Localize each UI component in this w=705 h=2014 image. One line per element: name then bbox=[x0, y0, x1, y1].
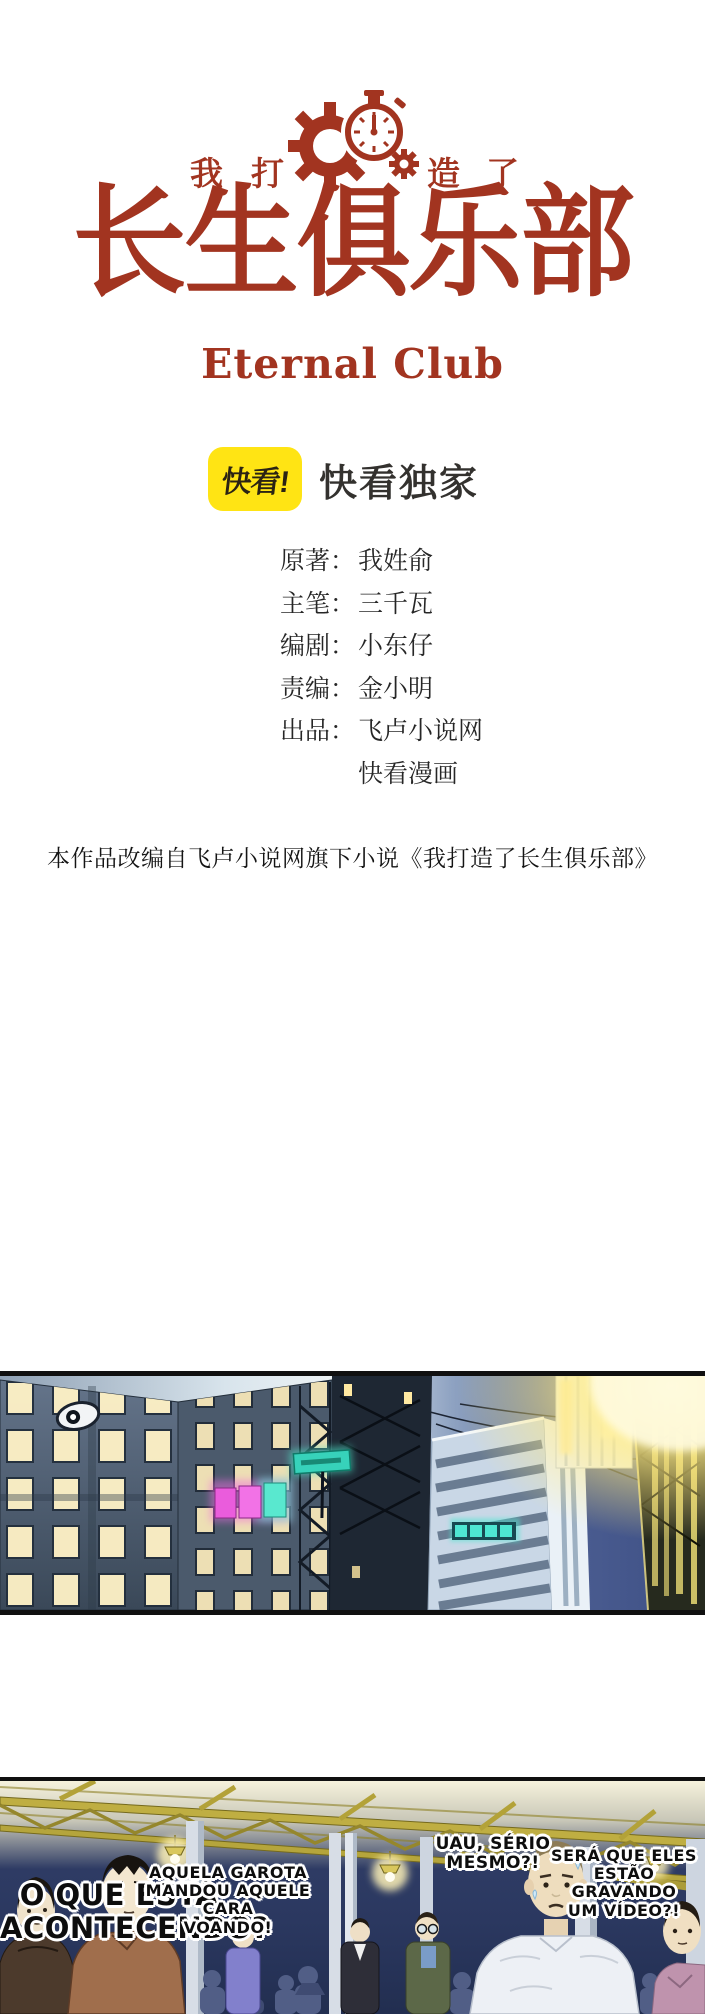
adaptation-disclaimer: 本作品改编自飞卢小说网旗下小说《我打造了长生俱乐部》 bbox=[0, 840, 705, 873]
credit-row-editor: 责编： 金小明 bbox=[280, 666, 483, 709]
credit-row-original-author: 原著： 我姓俞 bbox=[280, 538, 483, 581]
credit-value: 我姓俞 bbox=[358, 541, 433, 577]
publisher-row: 快看! 快看独家 bbox=[208, 447, 479, 511]
speech-line: UM VÍDEO?! bbox=[543, 1902, 705, 1920]
series-title-english: Eternal Club bbox=[0, 340, 705, 388]
exclusive-label: 快看独家 bbox=[319, 452, 479, 507]
credit-row-producer-2: 快看漫画 bbox=[280, 751, 483, 794]
comic-page: 我 打 造 了 bbox=[0, 0, 705, 2014]
panel-city-night-street bbox=[0, 1371, 705, 1615]
credit-row-screenwriter: 编剧： 小东仔 bbox=[280, 623, 483, 666]
credit-value: 小东仔 bbox=[358, 626, 433, 662]
series-title: 长生俱乐部 bbox=[0, 174, 705, 313]
speech-bubble-4: SERÁ QUE ELES ESTÃO GRAVANDO UM VÍDEO?! bbox=[543, 1847, 705, 1920]
credit-value: 金小明 bbox=[358, 669, 433, 705]
cyan-window-band bbox=[450, 1518, 520, 1542]
building-dark-tower bbox=[330, 1376, 432, 1610]
kuaikan-logo-text: 快看! bbox=[219, 457, 291, 501]
credits-list: 原著： 我姓俞 主笔： 三千瓦 编剧： 小东仔 责编： 金小明 出品： 飞卢小说… bbox=[280, 538, 483, 793]
speech-line: AQUELA GAROTA bbox=[138, 1864, 318, 1882]
credit-value: 飞卢小说网 bbox=[358, 711, 483, 747]
panel-crowd-scene: O QUE ESTÁ ACONTECENDO? AQUELA GAROTA MA… bbox=[0, 1777, 705, 2014]
speech-line: ESTÃO GRAVANDO bbox=[543, 1865, 705, 1901]
credit-label: 主笔： bbox=[280, 584, 358, 620]
speech-line: VOANDO! bbox=[138, 1919, 318, 1937]
credit-label: 编剧： bbox=[280, 626, 358, 662]
credit-row-producer: 出品： 飞卢小说网 bbox=[280, 708, 483, 751]
speech-bubble-2: AQUELA GAROTA MANDOU AQUELE CARA VOANDO! bbox=[138, 1864, 318, 1937]
credit-value: 三千瓦 bbox=[358, 584, 433, 620]
speech-bubble-3: UAU, SÉRIO MESMO?! bbox=[424, 1835, 562, 1874]
city-illustration bbox=[0, 1376, 705, 1610]
kuaikan-logo: 快看! bbox=[208, 447, 302, 511]
speech-line: MANDOU AQUELE CARA bbox=[138, 1882, 318, 1918]
speech-line: UAU, SÉRIO bbox=[424, 1835, 562, 1854]
credit-label: 出品： bbox=[280, 711, 358, 747]
credit-row-lead-artist: 主笔： 三千瓦 bbox=[280, 581, 483, 624]
speech-line: MESMO?! bbox=[424, 1854, 562, 1873]
neon-signs bbox=[210, 1478, 292, 1522]
speech-line: SERÁ QUE ELES bbox=[543, 1847, 705, 1865]
credit-value: 快看漫画 bbox=[358, 754, 458, 790]
credit-label: 原著： bbox=[280, 541, 358, 577]
credit-label: 责编： bbox=[280, 669, 358, 705]
